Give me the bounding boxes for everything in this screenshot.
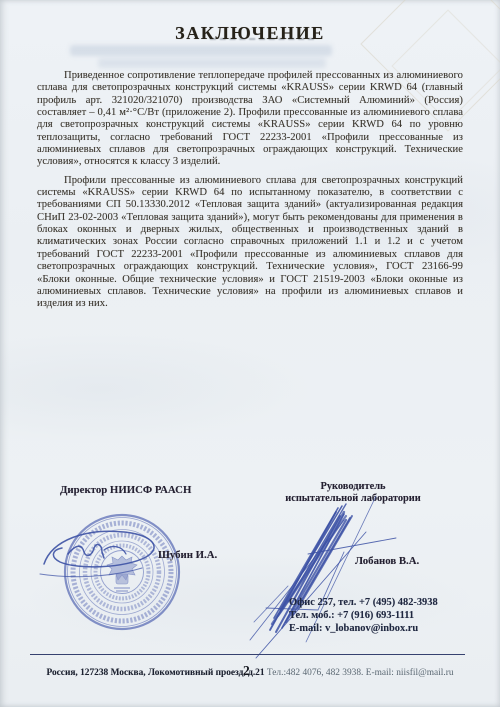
paragraph-2: Профили прессованные из алюминиевого спл… <box>37 175 463 311</box>
contact-office-phone: Офис 257, тел. +7 (495) 482-3938 <box>289 596 438 609</box>
contact-block: Офис 257, тел. +7 (495) 482-3938 Тел. мо… <box>289 596 438 636</box>
signatory-right-name: Лобанов В.А. <box>355 555 419 567</box>
contact-email: E-mail: v_lobanov@inbox.ru <box>289 622 438 635</box>
watermark-ghost-text-line <box>70 45 332 56</box>
footer-divider-line <box>30 654 465 655</box>
contact-mobile-phone: Тел. моб.: +7 (916) 693-1111 <box>289 609 438 622</box>
document-body: Приведенное сопротивление теплопередаче … <box>37 70 463 317</box>
paragraph-1: Приведенное сопротивление теплопередаче … <box>37 70 463 169</box>
scanned-document-page: ЗАКЛЮЧЕНИЕ Приведенное сопротивление теп… <box>0 0 500 707</box>
signatory-left-title: Директор НИИСФ РААСН <box>60 484 191 496</box>
signatory-left-name: Шубин И.А. <box>158 549 217 561</box>
footer-contacts: Тел.:482 4076, 482 3938. E-mail: niisfil… <box>265 668 454 678</box>
footer: Россия, 127238 Москва, Локомотивный прое… <box>0 668 500 678</box>
footer-address: Россия, 127238 Москва, Локомотивный прое… <box>46 668 264 678</box>
signature-right-icon <box>248 490 403 662</box>
page-number: 2 <box>243 663 250 679</box>
watermark-ghost-text-line <box>98 58 326 68</box>
document-title: ЗАКЛЮЧЕНИЕ <box>0 23 500 44</box>
